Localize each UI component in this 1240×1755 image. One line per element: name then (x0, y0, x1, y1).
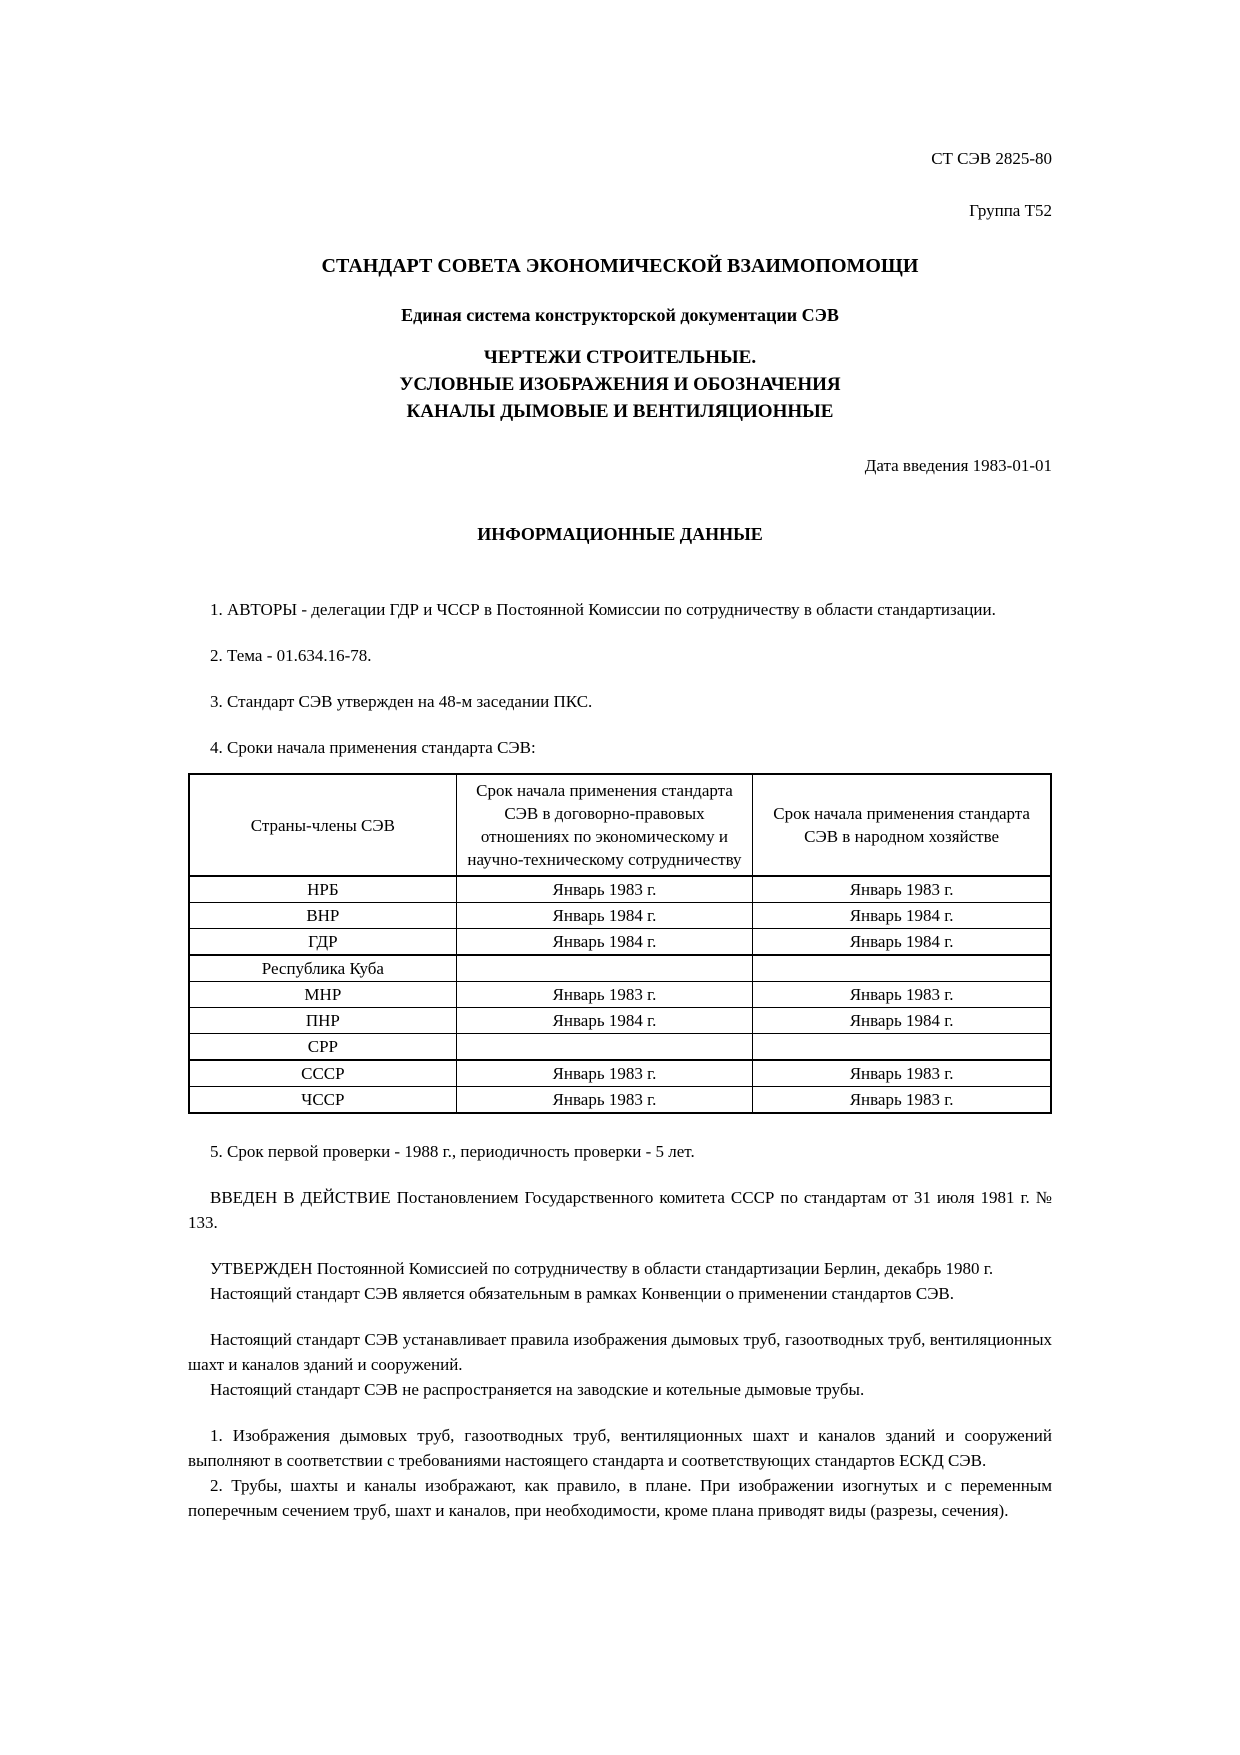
country-cell: ПНР (189, 1008, 456, 1034)
para-rule-2: 2. Трубы, шахты и каналы изображают, как… (188, 1473, 1052, 1523)
doc-title-line-2: УСЛОВНЫЕ ИЗОБРАЖЕНИЯ И ОБОЗНАЧЕНИЯ (188, 371, 1052, 398)
national-date-cell: Январь 1983 г. (753, 1060, 1051, 1087)
contractual-date-cell: Январь 1984 г. (456, 1008, 753, 1034)
application-dates-table: Страны-члены СЭВ Срок начала применения … (188, 773, 1052, 1114)
table-row-gdr: ГДР Январь 1984 г. Январь 1984 г. (189, 929, 1051, 956)
table-header-contractual: Срок начала применения стандарта СЭВ в д… (456, 774, 753, 876)
contractual-date-cell (456, 1034, 753, 1061)
table-row-mnr: МНР Январь 1983 г. Январь 1983 г. (189, 982, 1051, 1008)
table-row-chssr: ЧССР Январь 1983 г. Январь 1983 г. (189, 1087, 1051, 1114)
table-row-pnr: ПНР Январь 1984 г. Январь 1984 г. (189, 1008, 1051, 1034)
contractual-date-cell: Январь 1983 г. (456, 1087, 753, 1114)
country-cell: ГДР (189, 929, 456, 956)
para-application-dates-intro: 4. Сроки начала применения стандарта СЭВ… (188, 735, 1052, 760)
table-header-countries: Страны-члены СЭВ (189, 774, 456, 876)
country-cell: Республика Куба (189, 955, 456, 982)
contractual-date-cell (456, 955, 753, 982)
doc-title-line-3: КАНАЛЫ ДЫМОВЫЕ И ВЕНТИЛЯЦИОННЫЕ (188, 398, 1052, 425)
para-scope: Настоящий стандарт СЭВ устанавливает пра… (188, 1327, 1052, 1377)
country-cell: СРР (189, 1034, 456, 1061)
table-row-srr: СРР (189, 1034, 1051, 1061)
org-title: СТАНДАРТ СОВЕТА ЭКОНОМИЧЕСКОЙ ВЗАИМОПОМО… (188, 254, 1052, 279)
doc-number: СТ СЭВ 2825-80 (188, 146, 1052, 171)
introduction-date: Дата введения 1983-01-01 (188, 453, 1052, 478)
country-cell: СССР (189, 1060, 456, 1087)
table-header-row: Страны-члены СЭВ Срок начала применения … (189, 774, 1051, 876)
country-cell: МНР (189, 982, 456, 1008)
table-row-nrb: НРБ Январь 1983 г. Январь 1983 г. (189, 876, 1051, 903)
country-cell: ВНР (189, 903, 456, 929)
contractual-date-cell: Январь 1983 г. (456, 876, 753, 903)
national-date-cell: Январь 1984 г. (753, 903, 1051, 929)
contractual-date-cell: Январь 1983 г. (456, 982, 753, 1008)
para-approved-session: 3. Стандарт СЭВ утвержден на 48-м заседа… (188, 689, 1052, 714)
para-approved: УТВЕРЖДЕН Постоянной Комиссией по сотруд… (188, 1256, 1052, 1281)
contractual-date-cell: Январь 1984 г. (456, 903, 753, 929)
national-date-cell: Январь 1984 г. (753, 929, 1051, 956)
table-header-national-economy: Срок начала применения стандарта СЭВ в н… (753, 774, 1051, 876)
para-mandatory: Настоящий стандарт СЭВ является обязател… (188, 1281, 1052, 1306)
national-date-cell: Январь 1983 г. (753, 876, 1051, 903)
para-enacted: ВВЕДЕН В ДЕЙСТВИЕ Постановлением Государ… (188, 1185, 1052, 1235)
system-subtitle: Единая система конструкторской документа… (188, 304, 1052, 327)
country-cell: НРБ (189, 876, 456, 903)
para-first-check: 5. Срок первой проверки - 1988 г., перио… (188, 1139, 1052, 1164)
para-authors: 1. АВТОРЫ - делегации ГДР и ЧССР в Посто… (188, 597, 1052, 622)
national-date-cell: Январь 1983 г. (753, 1087, 1051, 1114)
doc-title-line-1: ЧЕРТЕЖИ СТРОИТЕЛЬНЫЕ. (188, 344, 1052, 371)
para-scope-exclusion: Настоящий стандарт СЭВ не распространяет… (188, 1377, 1052, 1402)
contractual-date-cell: Январь 1983 г. (456, 1060, 753, 1087)
section-title-informational-data: ИНФОРМАЦИОННЫЕ ДАННЫЕ (188, 523, 1052, 546)
table-row-sssr: СССР Январь 1983 г. Январь 1983 г. (189, 1060, 1051, 1087)
table-row-cuba: Республика Куба (189, 955, 1051, 982)
para-theme: 2. Тема - 01.634.16-78. (188, 643, 1052, 668)
country-cell: ЧССР (189, 1087, 456, 1114)
national-date-cell (753, 1034, 1051, 1061)
national-date-cell (753, 955, 1051, 982)
doc-title: ЧЕРТЕЖИ СТРОИТЕЛЬНЫЕ. УСЛОВНЫЕ ИЗОБРАЖЕН… (188, 344, 1052, 425)
para-rule-1: 1. Изображения дымовых труб, газоотводны… (188, 1423, 1052, 1473)
doc-group: Группа Т52 (188, 198, 1052, 223)
national-date-cell: Январь 1984 г. (753, 1008, 1051, 1034)
document-page: СТ СЭВ 2825-80 Группа Т52 СТАНДАРТ СОВЕТ… (0, 0, 1240, 1755)
contractual-date-cell: Январь 1984 г. (456, 929, 753, 956)
national-date-cell: Январь 1983 г. (753, 982, 1051, 1008)
table-row-vnr: ВНР Январь 1984 г. Январь 1984 г. (189, 903, 1051, 929)
